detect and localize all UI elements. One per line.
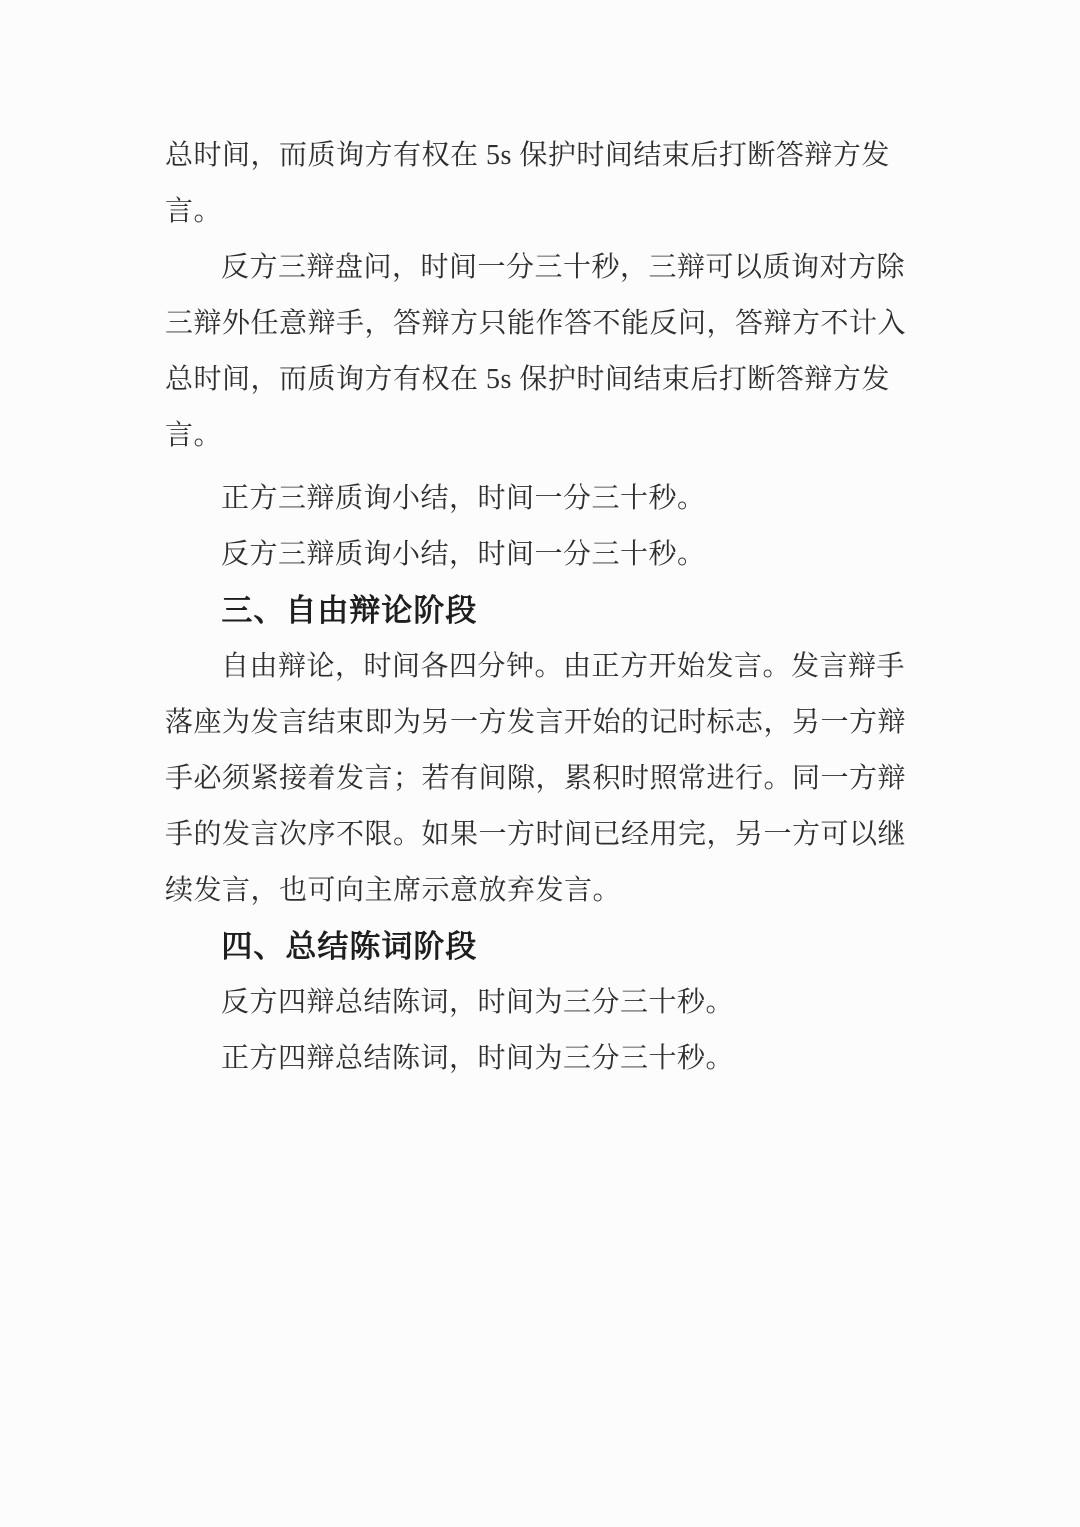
- paragraph-opposition-third-speaker-summary: 反方三辩质询小结，时间一分三十秒。: [165, 527, 907, 583]
- paragraph-free-debate-rules: 自由辩论，时间各四分钟。由正方开始发言。发言辩手落座为发言结束即为另一方发言开始…: [165, 639, 907, 919]
- section-heading-closing-statement-stage: 四、总结陈词阶段: [165, 919, 907, 975]
- paragraph-opposition-fourth-speaker-closing: 反方四辩总结陈词，时间为三分三十秒。: [165, 975, 907, 1031]
- paragraph-opposition-third-speaker-inquiry: 反方三辩盘问，时间一分三十秒，三辩可以质询对方除三辩外任意辩手，答辩方只能作答不…: [165, 240, 907, 464]
- paragraph-affirmative-third-speaker-summary: 正方三辩质询小结，时间一分三十秒。: [165, 471, 907, 527]
- document-body: 总时间，而质询方有权在 5s 保护时间结束后打断答辩方发言。 反方三辩盘问，时间…: [165, 128, 907, 1087]
- document-page: 总时间，而质询方有权在 5s 保护时间结束后打断答辩方发言。 反方三辩盘问，时间…: [0, 0, 1080, 1527]
- paragraph-continuation-total-time: 总时间，而质询方有权在 5s 保护时间结束后打断答辩方发言。: [165, 128, 907, 240]
- paragraph-affirmative-fourth-speaker-closing: 正方四辩总结陈词，时间为三分三十秒。: [165, 1031, 907, 1087]
- section-heading-free-debate-stage: 三、自由辩论阶段: [165, 583, 907, 639]
